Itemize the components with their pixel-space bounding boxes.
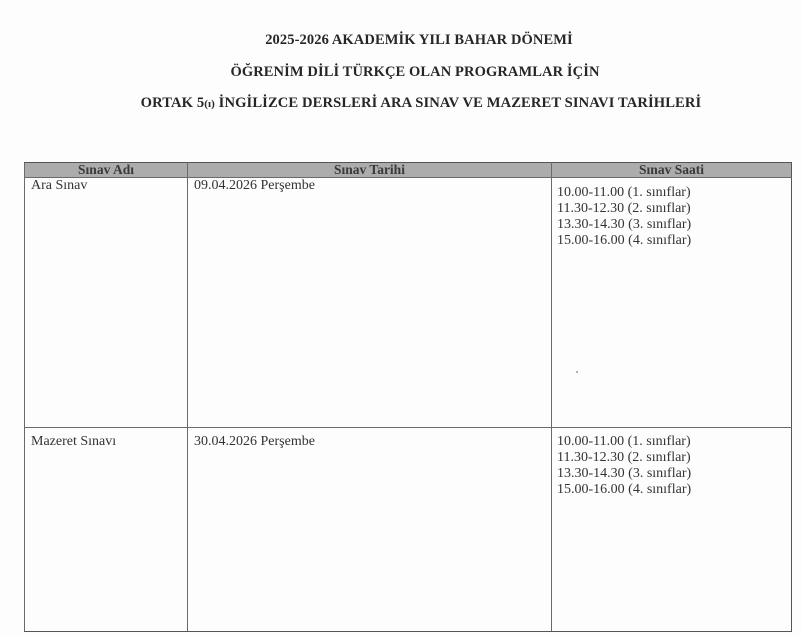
title-paren: (ı) [204,98,215,110]
time-slot: 10.00-11.00 (1. sınıflar) [557,185,791,201]
exam-name-cell: Ara Sınav [25,178,188,428]
table-row: Mazeret Sınavı 30.04.2026 Perşembe 10.00… [25,428,792,632]
header-exam-time: Sınav Saati [552,163,792,178]
time-slot: 11.30-12.30 (2. sınıflar) [557,201,791,217]
exam-schedule-table: Sınav Adı Sınav Tarihi Sınav Saati Ara S… [24,162,792,632]
document-title-line-2: ÖĞRENİM DİLİ TÜRKÇE OLAN PROGRAMLAR İÇİN [14,64,802,81]
title-suffix: İNGİLİZCE DERSLERİ ARA SINAV VE MAZERET … [215,95,701,111]
exam-date-cell: 30.04.2026 Perşembe [188,428,552,632]
time-slot: 11.30-12.30 (2. sınıflar) [557,450,791,466]
header-exam-name: Sınav Adı [25,163,188,178]
time-slot: 15.00-16.00 (4. sınıflar) [557,482,791,498]
scan-speck [576,371,578,373]
header-exam-date: Sınav Tarihi [188,163,552,178]
time-slot: 10.00-11.00 (1. sınıflar) [557,434,791,450]
time-slot: 13.30-14.30 (3. sınıflar) [557,217,791,233]
document-title-line-1: 2025-2026 AKADEMİK YILI BAHAR DÖNEMİ [18,32,802,49]
table-header-row: Sınav Adı Sınav Tarihi Sınav Saati [25,163,792,178]
table-row: Ara Sınav 09.04.2026 Perşembe 10.00-11.0… [25,178,792,428]
time-slot: 15.00-16.00 (4. sınıflar) [557,233,791,249]
exam-time-cell: 10.00-11.00 (1. sınıflar) 11.30-12.30 (2… [552,428,792,632]
exam-date-cell: 09.04.2026 Perşembe [188,178,552,428]
time-slot: 13.30-14.30 (3. sınıflar) [557,466,791,482]
title-prefix: ORTAK 5 [141,95,205,111]
document-title-line-3: ORTAK 5(ı) İNGİLİZCE DERSLERİ ARA SINAV … [20,95,802,112]
exam-name-cell: Mazeret Sınavı [25,428,188,632]
exam-time-cell: 10.00-11.00 (1. sınıflar) 11.30-12.30 (2… [552,178,792,428]
